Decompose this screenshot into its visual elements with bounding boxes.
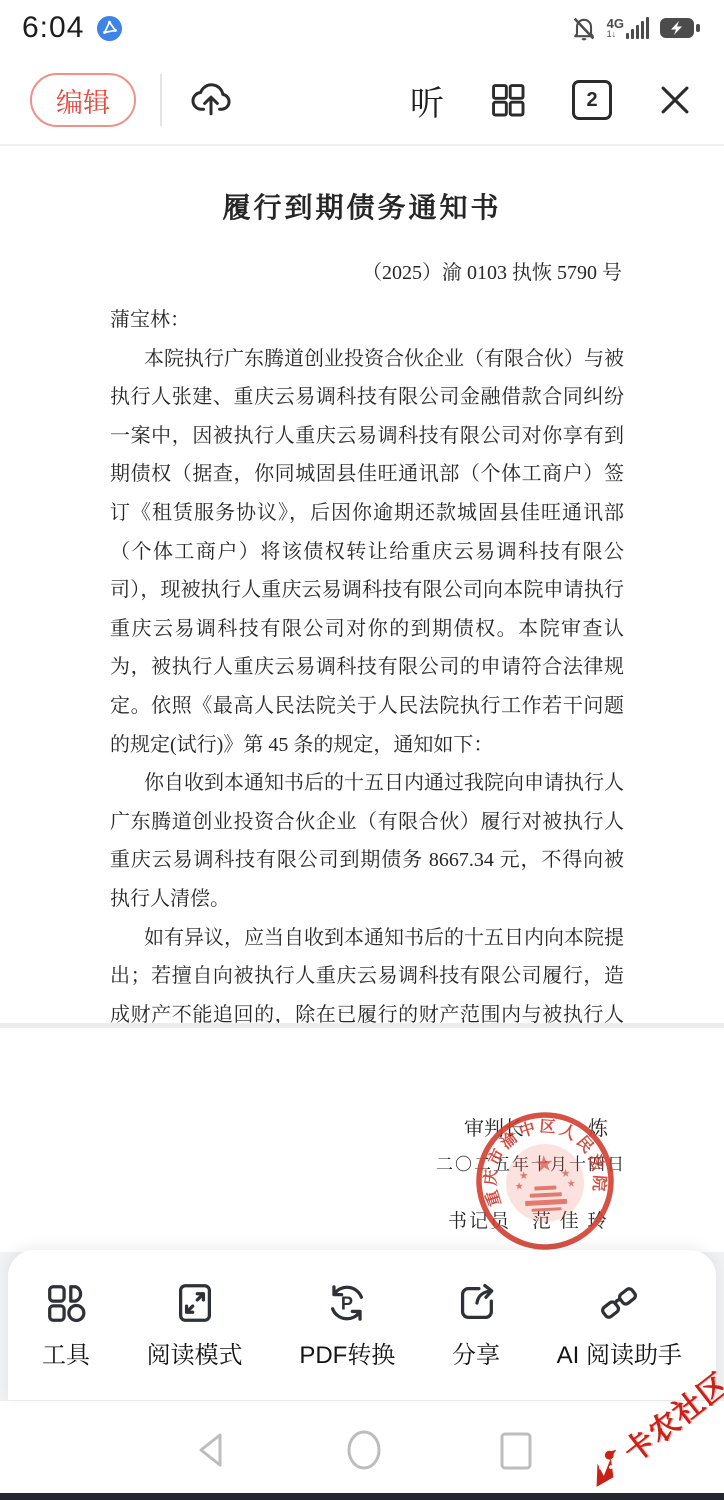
pdf-letter: P: [341, 1294, 353, 1314]
toolbar-divider: [160, 74, 162, 126]
pdf-convert-button[interactable]: P PDF转换: [299, 1280, 395, 1370]
document-title: 履行到期债务通知书: [0, 146, 724, 226]
status-bar: 6:04 4G 1↓: [0, 0, 724, 56]
nav-back-icon[interactable]: [192, 1429, 230, 1471]
reading-mode-icon: [172, 1280, 218, 1326]
court-seal: 重庆市渝中区人民法院 ★ ★ ★ ★ ★: [464, 1100, 626, 1262]
tab-count-button[interactable]: 2: [572, 80, 612, 120]
cloud-upload-icon[interactable]: [188, 77, 234, 123]
edit-button[interactable]: 编辑: [30, 73, 136, 127]
share-icon: [453, 1280, 499, 1326]
svg-text:★: ★: [515, 1181, 525, 1192]
close-icon[interactable]: [656, 81, 694, 119]
addressee: 蒲宝林：: [110, 301, 624, 340]
screen-bottom-edge: [0, 1493, 724, 1500]
listen-button[interactable]: 听: [410, 76, 444, 125]
notifications-muted-icon: [570, 14, 598, 42]
tools-grid-icon: [43, 1280, 89, 1326]
bottom-action-bar: 工具 阅读模式 P PDF转换 分享: [8, 1250, 716, 1400]
document-toolbar: 编辑 听 2: [0, 56, 724, 146]
nav-recents-icon[interactable]: [498, 1430, 534, 1472]
paragraph: 本院执行广东腾道创业投资合伙企业（有限合伙）与被执行人张建、重庆云易调科技有限公…: [110, 340, 624, 765]
reading-mode-label: 阅读模式: [147, 1335, 243, 1370]
share-button[interactable]: 分享: [452, 1280, 500, 1370]
document-page-2: 审判长 炼 二〇二五年十月十四日 书记员 范 佳 玲 重庆市渝中区人民法院 ★ …: [0, 1028, 724, 1252]
signal-indicator: 4G 1↓: [607, 17, 649, 39]
ai-assistant-label: AI 阅读助手: [557, 1335, 682, 1370]
clock: 6:04: [22, 11, 84, 45]
nav-home-icon[interactable]: [344, 1427, 384, 1473]
svg-text:★: ★: [566, 1178, 576, 1189]
battery-charging-icon: [658, 15, 702, 41]
reading-mode-button[interactable]: 阅读模式: [147, 1280, 243, 1370]
tools-button[interactable]: 工具: [42, 1280, 90, 1370]
browser-app-icon: [96, 15, 123, 42]
pdf-convert-label: PDF转换: [299, 1335, 395, 1370]
tab-count: 2: [586, 89, 597, 112]
document-page-1: 履行到期债务通知书 （2025）渝 0103 执恢 5790 号 蒲宝林： 本院…: [0, 146, 724, 1023]
network-sub: 1↓: [607, 30, 617, 39]
svg-text:★: ★: [534, 1151, 555, 1177]
ai-reading-assistant-icon: [596, 1280, 642, 1326]
case-number: （2025）渝 0103 执恢 5790 号: [0, 256, 724, 285]
apps-grid-icon[interactable]: [488, 80, 528, 120]
signal-bars-icon: [626, 17, 649, 39]
paragraph: 你自收到本通知书后的十五日内通过我院向申请执行人广东腾道创业投资合伙企业（有限合…: [110, 764, 624, 918]
share-label: 分享: [452, 1335, 500, 1370]
tools-label: 工具: [42, 1335, 90, 1370]
ai-assistant-button[interactable]: AI 阅读助手: [557, 1280, 682, 1370]
pdf-convert-icon: P: [324, 1280, 370, 1326]
